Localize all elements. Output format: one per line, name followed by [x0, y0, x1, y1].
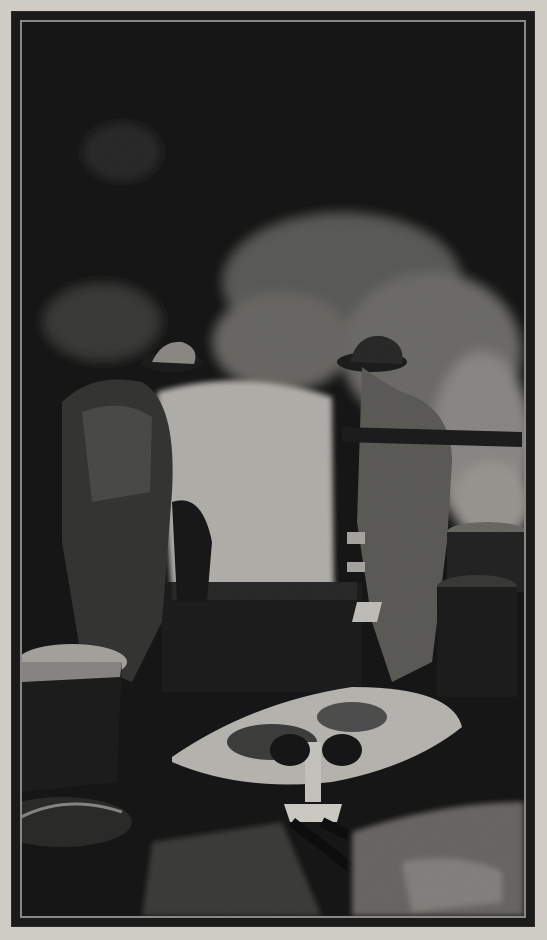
photo-frame	[12, 12, 534, 926]
halftone-photograph	[22, 22, 524, 916]
background-tubs	[437, 522, 524, 697]
left-basin	[22, 644, 132, 847]
